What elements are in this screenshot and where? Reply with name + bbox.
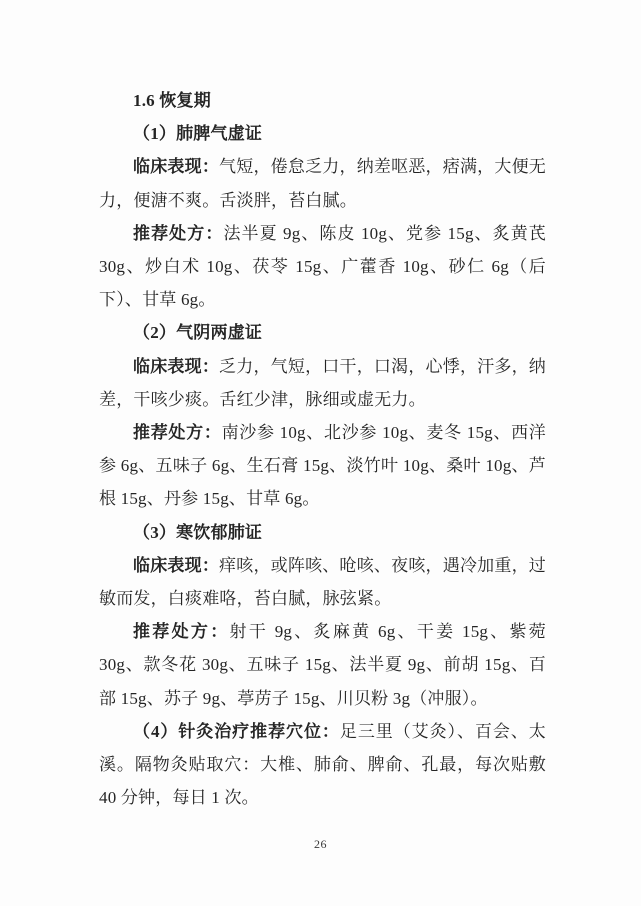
clinical-manifestations-label: 临床表现：: [133, 357, 219, 376]
syndrome-heading-2: （2）气阴两虚证: [99, 316, 546, 349]
syndrome-heading-3: （3）寒饮郁肺证: [99, 516, 546, 549]
document-body: 1.6 恢复期 （1）肺脾气虚证 临床表现：气短，倦怠乏力，纳差呕恶，痞满，大便…: [99, 84, 546, 814]
clinical-manifestations-paragraph-3: 临床表现：痒咳，或阵咳、呛咳、夜咳，遇冷加重，过敏而发，白痰难咯，苔白腻，脉弦紧…: [99, 549, 546, 615]
prescription-paragraph-2: 推荐处方：南沙参 10g、北沙参 10g、麦冬 15g、西洋参 6g、五味子 6…: [99, 416, 546, 516]
prescription-paragraph-3: 推荐处方：射干 9g、炙麻黄 6g、干姜 15g、紫菀 30g、款冬花 30g、…: [99, 615, 546, 715]
clinical-manifestations-paragraph-2: 临床表现：乏力，气短，口干，口渴，心悸，汗多，纳差，干咳少痰。舌红少津，脉细或虚…: [99, 350, 546, 416]
prescription-label: 推荐处方：: [133, 622, 230, 641]
document-page: 1.6 恢复期 （1）肺脾气虚证 临床表现：气短，倦怠乏力，纳差呕恶，痞满，大便…: [0, 0, 641, 906]
acupuncture-label: （4）针灸治疗推荐穴位：: [133, 722, 340, 741]
clinical-manifestations-paragraph-1: 临床表现：气短，倦怠乏力，纳差呕恶，痞满，大便无力，便溏不爽。舌淡胖，苔白腻。: [99, 150, 546, 216]
prescription-label: 推荐处方：: [133, 423, 222, 442]
syndrome-heading-1: （1）肺脾气虚证: [99, 117, 546, 150]
prescription-label: 推荐处方：: [133, 224, 223, 243]
clinical-manifestations-label: 临床表现：: [133, 157, 219, 176]
page-number: 26: [0, 837, 641, 852]
prescription-paragraph-1: 推荐处方：法半夏 9g、陈皮 10g、党参 15g、炙黄芪 30g、炒白术 10…: [99, 217, 546, 317]
acupuncture-paragraph: （4）针灸治疗推荐穴位：足三里（艾灸）、百会、太溪。隔物灸贴取穴：大椎、肺俞、脾…: [99, 715, 546, 815]
section-title: 1.6 恢复期: [99, 84, 546, 117]
clinical-manifestations-label: 临床表现：: [133, 556, 219, 575]
